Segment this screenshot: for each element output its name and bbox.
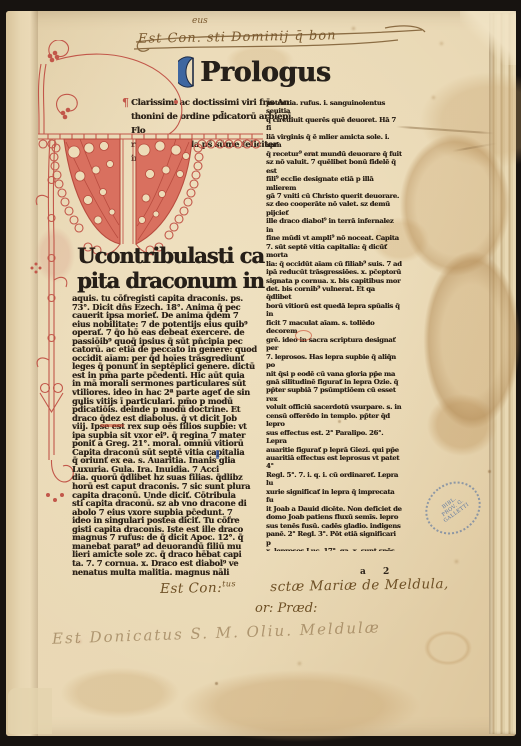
corner-fold: [460, 11, 516, 65]
ownership-inscription-line2: or: Præd:: [255, 601, 317, 616]
ownership-prefix: Est Con:: [160, 580, 222, 597]
inscription-gap: [236, 591, 270, 592]
scanned-book-photo: eus Est Con. sti Dominij q̄ bon Prologus…: [0, 0, 521, 746]
text-column-left: aquis. tu cōfregisti capita draconis. ps…: [72, 294, 268, 580]
red-rubric-mark: [100, 424, 124, 427]
ownership-main: sctæ Mariæ de Meldula,: [270, 576, 449, 595]
underlying-page-edge: [8, 688, 52, 734]
ownership-superscript: tus: [222, 579, 236, 588]
blue-paraph-mark: [216, 450, 219, 459]
text-column-right: potentia. rufus. i. sanguinolentus seuit…: [266, 99, 402, 551]
fore-edge-page-stack: [489, 13, 516, 734]
foxing-specks: [0, 0, 3, 3]
red-ring-mark: [295, 330, 312, 341]
chapter-heading: Ucontribulasti ca pita draconum in: [77, 243, 272, 293]
